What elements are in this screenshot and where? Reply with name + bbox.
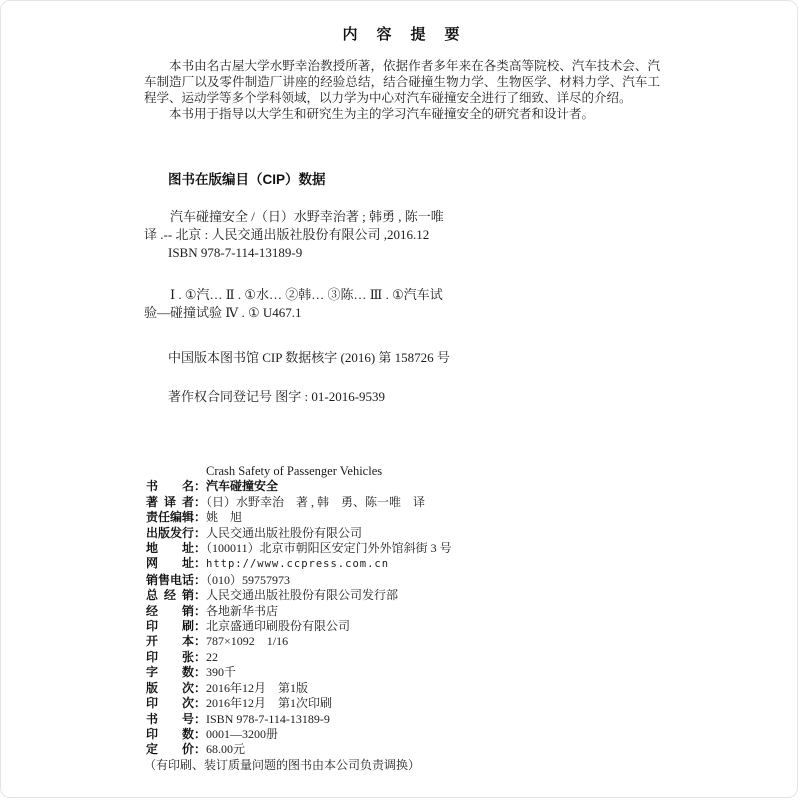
- colophon-row: 书号：ISBN 978-7-114-13189-9: [146, 712, 706, 727]
- colophon-value: 姚 旭: [206, 510, 242, 524]
- colophon-row: 责任编辑：姚 旭: [146, 510, 706, 525]
- book-copyright-page: 内 容 提 要 本书由名古屋大学水野幸治教授所著，依据作者多年来在各类高等院校、…: [0, 0, 798, 798]
- cip-classification-line-1: Ⅰ . ①汽… Ⅱ . ①水… ②韩… ③陈… Ⅲ . ①汽车试: [144, 286, 660, 304]
- colophon-label: 责任编辑: [146, 510, 194, 525]
- cip-heading: 图书在版编目（CIP）数据: [144, 171, 660, 189]
- colophon-label: 总经销: [146, 588, 194, 603]
- cip-section: 图书在版编目（CIP）数据 汽车碰撞安全 /（日）水野幸治著 ; 韩勇 , 陈一…: [144, 171, 660, 406]
- colophon-value: ISBN 978-7-114-13189-9: [206, 712, 330, 726]
- colophon-colon: ：: [194, 556, 206, 570]
- colophon-row: 印次：2016年12月 第1次印刷: [146, 696, 706, 711]
- colophon-items: 书名：汽车碰撞安全著译者：（日）水野幸治 著 , 韩 勇、陈一唯 译责任编辑：姚…: [146, 479, 706, 757]
- colophon-label: 网址: [146, 556, 194, 571]
- colophon-label: 著译者: [146, 495, 194, 510]
- colophon-colon: ：: [194, 526, 206, 540]
- colophon-colon: ：: [194, 681, 206, 695]
- colophon-colon: ：: [194, 727, 206, 741]
- colophon-section: Crash Safety of Passenger Vehicles 书名：汽车…: [146, 464, 706, 773]
- colophon-colon: ：: [194, 588, 206, 602]
- quality-note: （有印刷、装订质量问题的图书由本公司负责调换）: [144, 758, 706, 773]
- colophon-colon: ：: [194, 696, 206, 710]
- colophon-label: 经销: [146, 604, 194, 619]
- summary-section: 内 容 提 要 本书由名古屋大学水野幸治教授所著，依据作者多年来在各类高等院校、…: [144, 23, 660, 122]
- colophon-colon: ：: [194, 634, 206, 648]
- colophon-colon: ：: [194, 712, 206, 726]
- cip-classification-line-2: 验—碰撞试验 Ⅳ . ① U467.1: [144, 304, 660, 322]
- colophon-value: 北京盛通印刷股份有限公司: [206, 619, 350, 633]
- colophon-label: 地址: [146, 541, 194, 556]
- colophon-value: （010）59757973: [206, 573, 290, 587]
- cip-classification-block: Ⅰ . ①汽… Ⅱ . ①水… ②韩… ③陈… Ⅲ . ①汽车试 验—碰撞试验 …: [144, 286, 660, 322]
- colophon-value: http://www.ccpress.com.cn: [206, 558, 389, 570]
- colophon-colon: ：: [194, 665, 206, 679]
- colophon-value: 汽车碰撞安全: [206, 479, 278, 493]
- colophon-label: 开本: [146, 634, 194, 649]
- colophon-value: 22: [206, 650, 218, 664]
- cip-registry-line: 中国版本图书馆 CIP 数据核字 (2016) 第 158726 号: [144, 349, 660, 367]
- colophon-row: 定价：68.00元: [146, 742, 706, 757]
- colophon-label: 印数: [146, 727, 194, 742]
- colophon-label: 销售电话: [146, 573, 194, 588]
- colophon-row: 出版发行：人民交通出版社股份有限公司: [146, 526, 706, 541]
- colophon-colon: ：: [194, 604, 206, 618]
- colophon-colon: ：: [194, 650, 206, 664]
- colophon-row: 印刷：北京盛通印刷股份有限公司: [146, 619, 706, 634]
- colophon-value: 0001—3200册: [206, 727, 278, 741]
- colophon-row: 版次：2016年12月 第1版: [146, 681, 706, 696]
- colophon-label: 出版发行: [146, 526, 194, 541]
- colophon-row: 销售电话：（010）59757973: [146, 573, 706, 588]
- colophon-value: 390千: [206, 665, 236, 679]
- summary-paragraph-2: 本书用于指导以大学生和研究生为主的学习汽车碰撞安全的研究者和设计者。: [144, 106, 660, 122]
- colophon-row: 地址：（100011）北京市朝阳区安定门外外馆斜街 3 号: [146, 541, 706, 556]
- colophon-label: 版次: [146, 681, 194, 696]
- colophon-value: 人民交通出版社股份有限公司: [206, 526, 362, 540]
- colophon-colon: ：: [194, 541, 206, 555]
- colophon-label: 印张: [146, 650, 194, 665]
- colophon-row: 网址：http://www.ccpress.com.cn: [146, 556, 706, 572]
- cip-isbn-line: ISBN 978-7-114-13189-9: [144, 244, 660, 262]
- colophon-label: 字数: [146, 665, 194, 680]
- colophon-colon: ：: [194, 495, 206, 509]
- colophon-label: 印刷: [146, 619, 194, 634]
- colophon-row: 印数：0001—3200册: [146, 727, 706, 742]
- colophon-row: 开本：787×1092 1/16: [146, 634, 706, 649]
- copyright-registration-line: 著作权合同登记号 图字 : 01-2016-9539: [144, 388, 660, 406]
- colophon-value: 68.00元: [206, 742, 245, 756]
- summary-paragraph-1: 本书由名古屋大学水野幸治教授所著，依据作者多年来在各类高等院校、汽车技术会、汽车…: [144, 58, 660, 106]
- english-title: Crash Safety of Passenger Vehicles: [206, 464, 706, 479]
- colophon-label: 印次: [146, 696, 194, 711]
- colophon-label: 书名: [146, 479, 194, 494]
- colophon-row: 印张：22: [146, 650, 706, 665]
- colophon-row: 著译者：（日）水野幸治 著 , 韩 勇、陈一唯 译: [146, 495, 706, 510]
- colophon-value: 787×1092 1/16: [206, 634, 288, 648]
- colophon-value: （100011）北京市朝阳区安定门外外馆斜街 3 号: [206, 541, 452, 555]
- colophon-colon: ：: [194, 619, 206, 633]
- colophon-row: 书名：汽车碰撞安全: [146, 479, 706, 494]
- colophon-colon: ：: [194, 510, 206, 524]
- colophon-row: 总经销：人民交通出版社股份有限公司发行部: [146, 588, 706, 603]
- colophon-value: 各地新华书店: [206, 604, 278, 618]
- colophon-colon: ：: [194, 479, 206, 493]
- colophon-value: 人民交通出版社股份有限公司发行部: [206, 588, 398, 602]
- colophon-value: 2016年12月 第1次印刷: [206, 696, 332, 710]
- colophon-row: 字数：390千: [146, 665, 706, 680]
- colophon-colon: ：: [194, 742, 206, 756]
- colophon-row: 经销：各地新华书店: [146, 604, 706, 619]
- cip-record-line-1: 汽车碰撞安全 /（日）水野幸治著 ; 韩勇 , 陈一唯: [144, 208, 660, 226]
- colophon-label: 定价: [146, 742, 194, 757]
- cip-record-line-2: 译 .-- 北京 : 人民交通出版社股份有限公司 ,2016.12: [144, 226, 660, 244]
- colophon-colon: ：: [194, 573, 206, 587]
- colophon-label: 书号: [146, 712, 194, 727]
- summary-title: 内 容 提 要: [144, 23, 660, 44]
- colophon-value: 2016年12月 第1版: [206, 681, 308, 695]
- colophon-value: （日）水野幸治 著 , 韩 勇、陈一唯 译: [206, 495, 425, 509]
